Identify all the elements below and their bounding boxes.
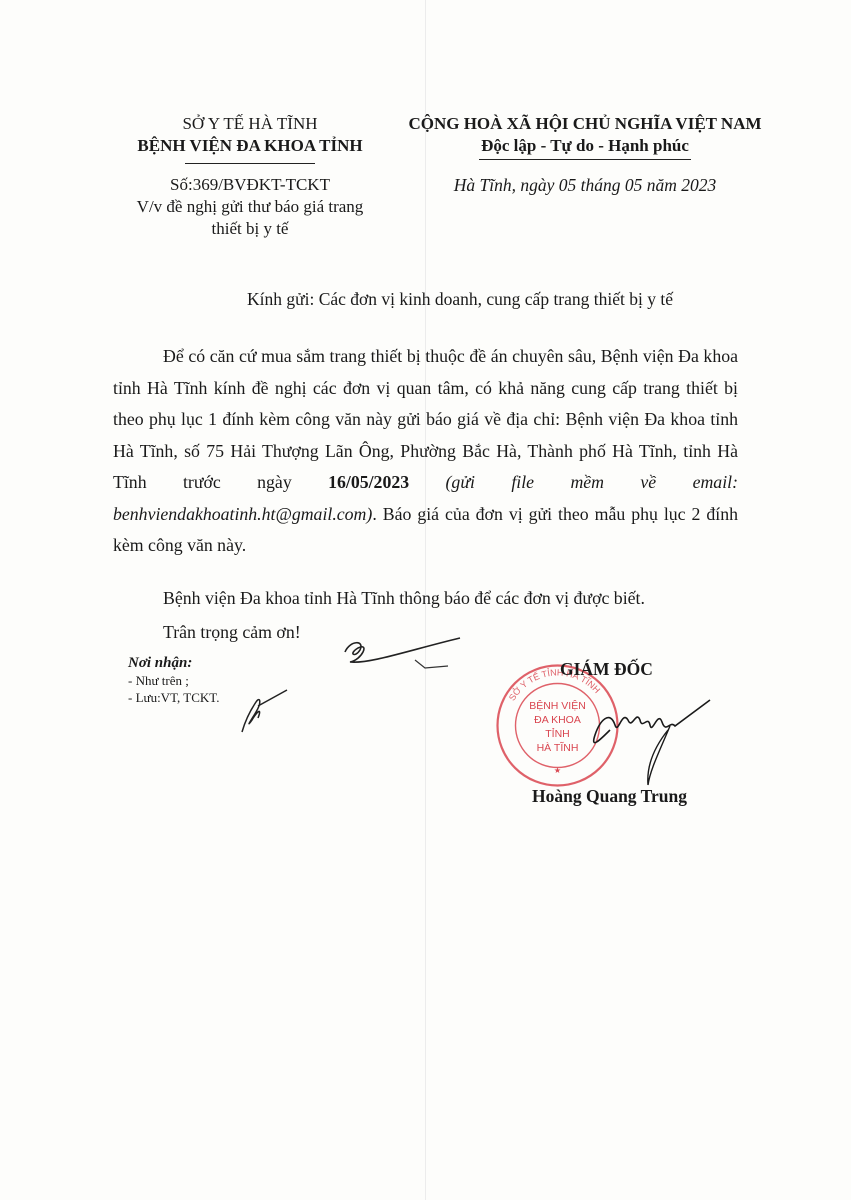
director-signature-icon: [570, 690, 720, 790]
signer-title: GIÁM ĐỐC: [560, 659, 653, 680]
subject-line-1: V/v đề nghị gửi thư báo giá trang: [105, 196, 395, 218]
place-date: Hà Tĩnh, ngày 05 tháng 05 năm 2023: [380, 174, 790, 196]
header-left-rule: [185, 163, 315, 164]
nation-title: CỘNG HOÀ XÃ HỘI CHỦ NGHĨA VIỆT NAM: [380, 113, 790, 135]
recipients-block: Nơi nhận: - Như trên ; - Lưu:VT, TCKT.: [128, 655, 220, 706]
recipient-item: - Lưu:VT, TCKT.: [128, 689, 220, 706]
recipient-item: - Như trên ;: [128, 672, 220, 689]
subject-line-2: thiết bị y tế: [105, 218, 395, 240]
svg-text:★: ★: [554, 766, 561, 775]
signer-name: Hoàng Quang Trung: [532, 786, 687, 807]
greeting: Kính gửi: Các đơn vị kinh doanh, cung cấ…: [150, 289, 770, 310]
motto: Độc lập - Tự do - Hạnh phúc: [380, 135, 790, 157]
body-paragraph-1: Để có căn cứ mua sắm trang thiết bị thuộ…: [113, 341, 738, 562]
header-left: SỞ Y TẾ HÀ TĨNH BỆNH VIỆN ĐA KHOA TỈNH S…: [105, 113, 395, 240]
body-paragraph-3: Trân trọng cảm ơn!: [163, 617, 788, 649]
recipients-title: Nơi nhận:: [128, 655, 220, 672]
body-paragraph-2: Bệnh viện Đa khoa tỉnh Hà Tĩnh thông báo…: [163, 583, 788, 615]
initial-signature-icon: [340, 630, 470, 675]
para1-text: Để có căn cứ mua sắm trang thiết bị thuộ…: [113, 346, 738, 492]
organization-name: BỆNH VIỆN ĐA KHOA TỈNH: [105, 135, 395, 157]
svg-text:TỈNH: TỈNH: [545, 727, 570, 740]
document-number: Số:369/BVĐKT-TCKT: [105, 174, 395, 196]
deadline-date: 16/05/2023: [328, 472, 409, 492]
header-right-rule: [479, 159, 691, 160]
initial-mark-icon: [232, 688, 292, 736]
header-right: CỘNG HOÀ XÃ HỘI CHỦ NGHĨA VIỆT NAM Độc l…: [380, 113, 790, 196]
agency-name: SỞ Y TẾ HÀ TĨNH: [105, 113, 395, 135]
